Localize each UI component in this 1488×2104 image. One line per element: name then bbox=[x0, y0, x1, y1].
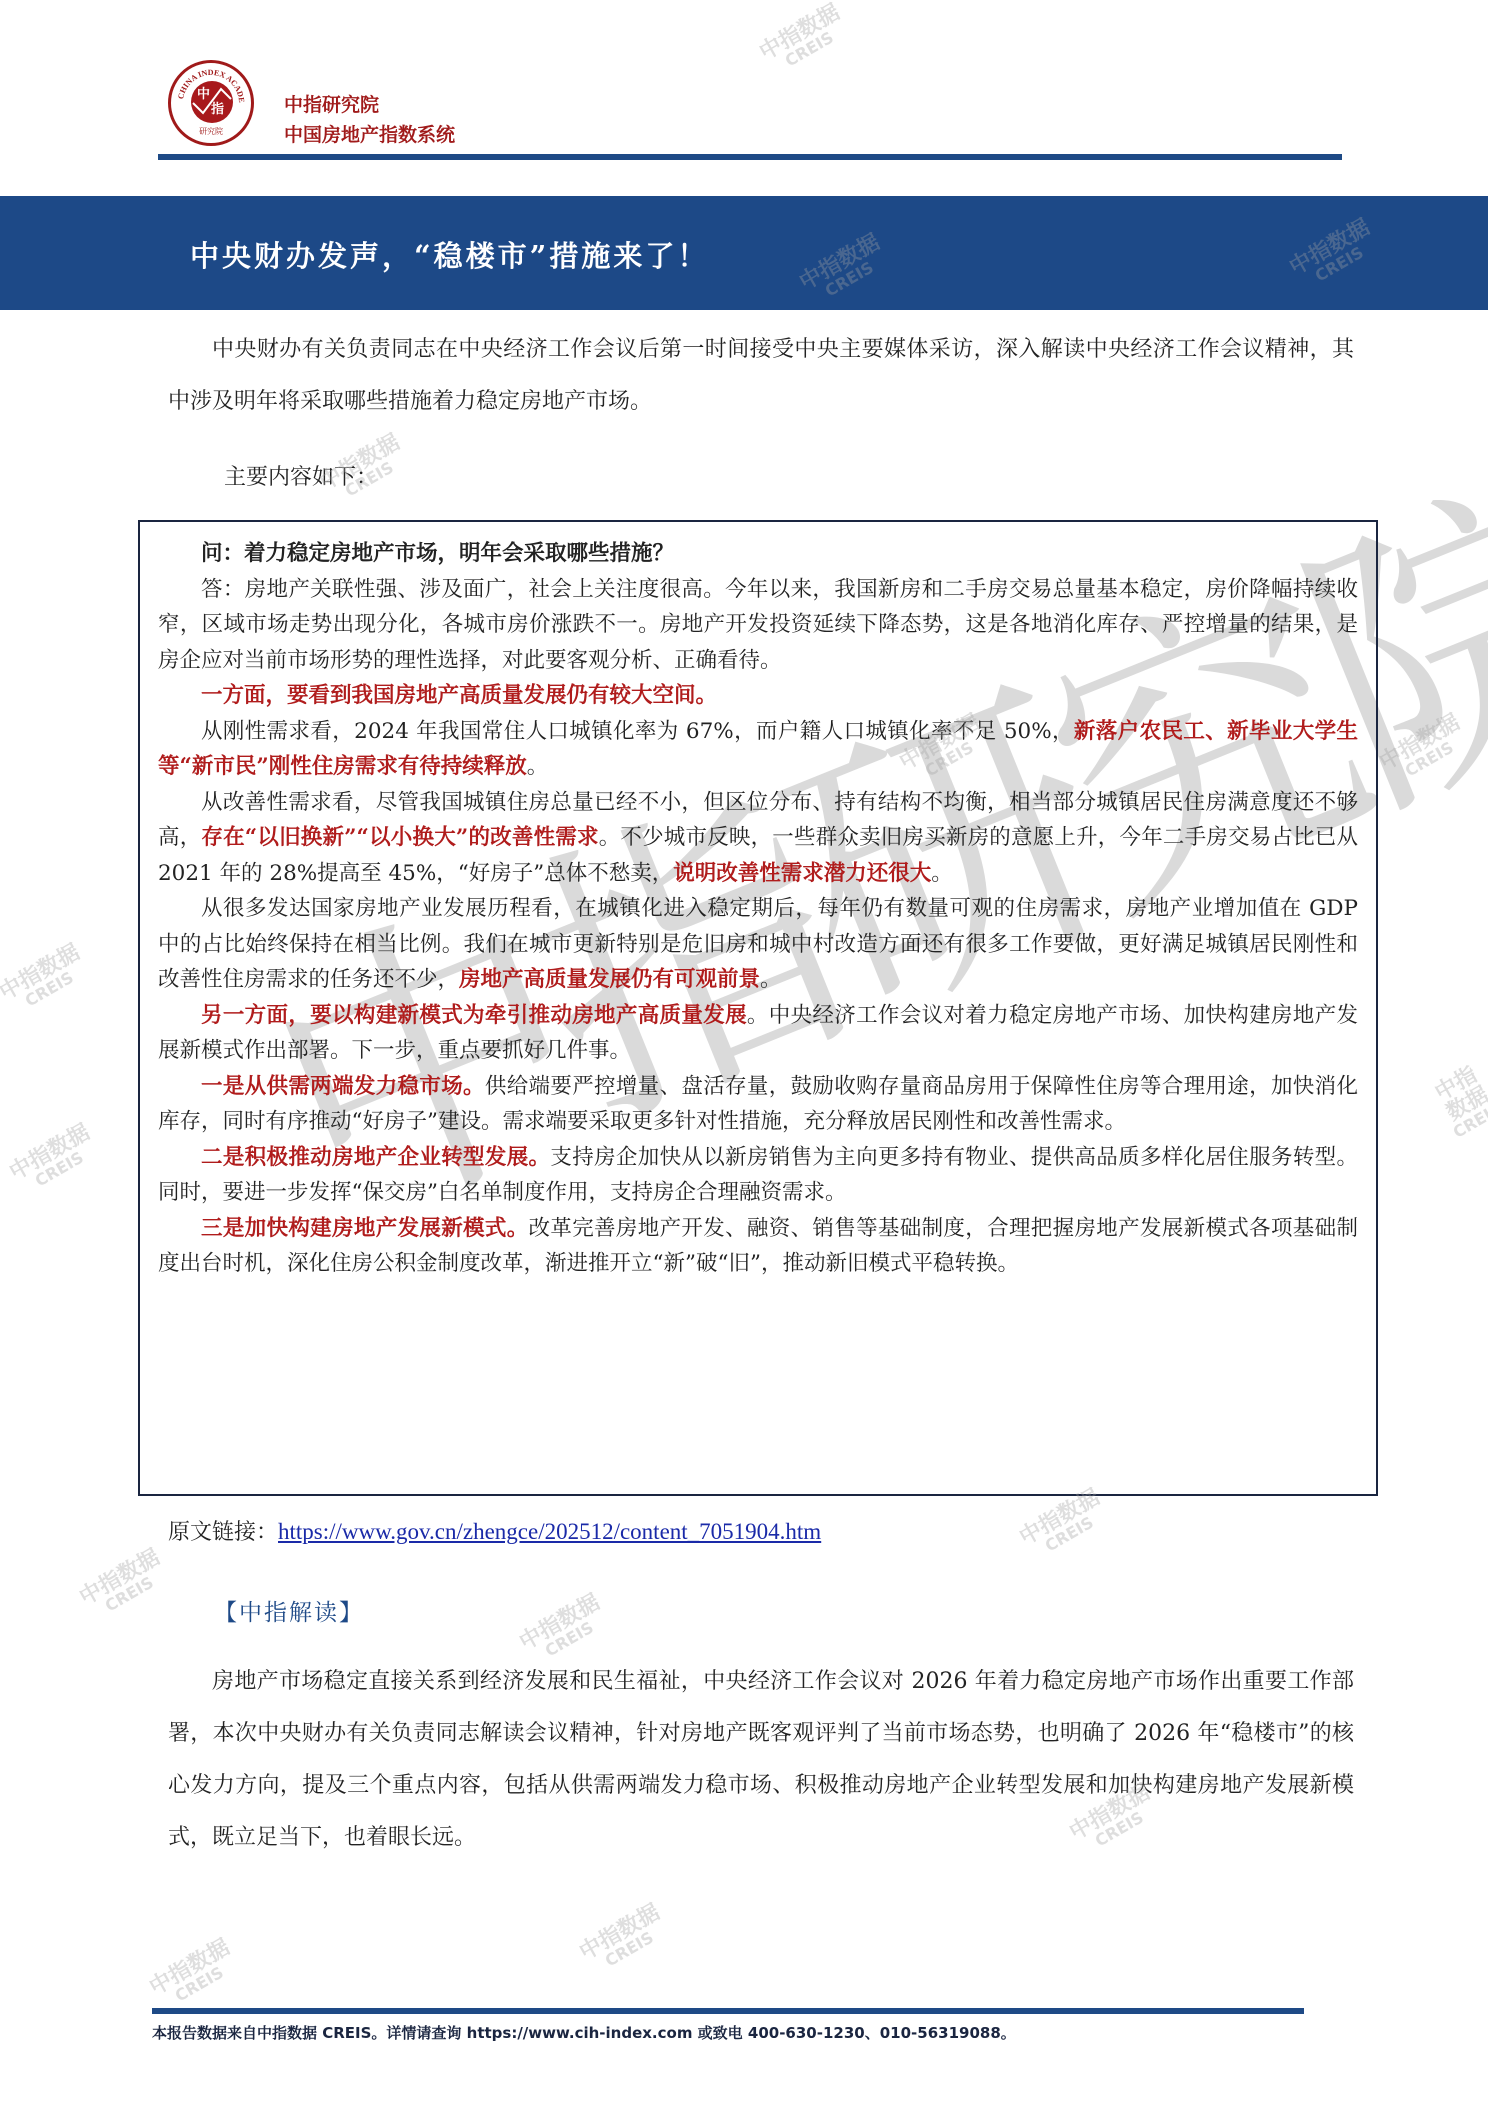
highlight-text: 存在“以旧换新”“以小换大”的改善性需求 bbox=[201, 825, 598, 850]
interview-quote-box: 问：着力稳定房地产市场，明年会采取哪些措施？ 答：房地产关联性强、涉及面广，社会… bbox=[138, 520, 1378, 1496]
watermark-cn: 中指数据 bbox=[146, 1936, 234, 2000]
watermark: 中指数据CREIS bbox=[6, 1121, 102, 1200]
watermark-cn: 中指数据 bbox=[1428, 1061, 1488, 1127]
developed-countries-paragraph: 从很多发达国家房地产业发展历程看，在城镇化进入稳定期后，每年仍有数量可观的住房需… bbox=[158, 891, 1358, 998]
watermark-cn: 中指数据 bbox=[576, 1901, 664, 1965]
watermark: 中指数据CREIS bbox=[146, 1936, 242, 2015]
source-url-link[interactable]: https://www.gov.cn/zhengce/202512/conten… bbox=[278, 1519, 821, 1544]
watermark-en: CREIS bbox=[587, 1921, 672, 1980]
watermark: 中指数据CREIS bbox=[576, 1901, 672, 1980]
interpretation-paragraph: 房地产市场稳定直接关系到经济发展和民生福祉，中央经济工作会议对 2026 年着力… bbox=[168, 1656, 1354, 1864]
source-link-line: 原文链接：https://www.gov.cn/zhengce/202512/c… bbox=[168, 1512, 821, 1553]
watermark-en: CREIS bbox=[7, 961, 92, 1020]
footer-divider bbox=[152, 2008, 1304, 2014]
improvement-demand-paragraph: 从改善性需求看，尽管我国城镇住房总量已经不小，但区位分布、持有结构不均衡，相当部… bbox=[158, 785, 1358, 892]
watermark-cn: 中指数据 bbox=[516, 1591, 604, 1655]
watermark: 中指数据CREIS bbox=[76, 1546, 172, 1625]
title-banner: 中央财办发声，“稳楼市”措施来了！ bbox=[0, 196, 1488, 310]
china-index-academy-logo: CHINA INDEX ACADEMY 中 指 研究院 bbox=[168, 60, 254, 146]
highlight-text: 二是积极推动房地产企业转型发展。 bbox=[201, 1145, 550, 1170]
watermark-en: CREIS bbox=[87, 1566, 172, 1625]
watermark-cn: 中指数据 bbox=[76, 1546, 164, 1610]
point2-paragraph: 另一方面，要以构建新模式为牵引推动房地产高质量发展。中央经济工作会议对着力稳定房… bbox=[158, 998, 1358, 1069]
item3-paragraph: 三是加快构建房地产发展新模式。改革完善房地产开发、融资、销售等基础制度，合理把握… bbox=[158, 1211, 1358, 1282]
watermark-cn: 中指数据 bbox=[1376, 711, 1464, 775]
watermark-en: CREIS bbox=[1451, 1101, 1488, 1142]
interpretation-heading: 【中指解读】 bbox=[214, 1594, 364, 1627]
main-content-label: 主要内容如下： bbox=[224, 452, 378, 504]
footer-note: 本报告数据来自中指数据 CREIS。详情请查询 https://www.cih-… bbox=[152, 2022, 1016, 2043]
answer-paragraph: 答：房地产关联性强、涉及面广，社会上关注度很高。今年以来，我国新房和二手房交易总… bbox=[158, 572, 1358, 679]
watermark-en: CREIS bbox=[157, 1956, 242, 2015]
page-header: CHINA INDEX ACADEMY 中 指 研究院 中指研究院 中国房地产指… bbox=[0, 0, 1488, 170]
highlight-text: 房地产高质量发展仍有可观前景 bbox=[459, 967, 760, 992]
highlight-text: 另一方面，要以构建新模式为牵引推动房地产高质量发展 bbox=[201, 1003, 747, 1028]
highlight-text: 三是加快构建房地产发展新模式。 bbox=[201, 1216, 529, 1241]
item1-paragraph: 一是从供需两端发力稳市场。供给端要严控增量、盘活存量，鼓励收购存量商品房用于保障… bbox=[158, 1069, 1358, 1140]
logo-bottom-text: 研究院 bbox=[171, 126, 251, 137]
highlight-text: 说明改善性需求潜力还很大 bbox=[673, 861, 931, 886]
question: 问：着力稳定房地产市场，明年会采取哪些措施？ bbox=[158, 536, 1358, 572]
watermark-en: CREIS bbox=[1027, 1506, 1112, 1565]
body-text: 。 bbox=[527, 754, 549, 779]
body-text: 从刚性需求看，2024 年我国常住人口城镇化率为 67%，而户籍人口城镇化率不足… bbox=[201, 719, 1074, 744]
point1-heading: 一方面，要看到我国房地产高质量发展仍有较大空间。 bbox=[158, 678, 1358, 714]
org-name-system: 中国房地产指数系统 bbox=[284, 120, 455, 150]
watermark-cn: 中指数据 bbox=[0, 941, 84, 1005]
page-title: 中央财办发声，“稳楼市”措施来了！ bbox=[190, 234, 709, 275]
watermark: 中指数据CREIS bbox=[1428, 1061, 1488, 1142]
checkmark-roof-icon bbox=[191, 81, 233, 123]
watermark-en: CREIS bbox=[17, 1141, 102, 1200]
rigid-demand-paragraph: 从刚性需求看，2024 年我国常住人口城镇化率为 67%，而户籍人口城镇化率不足… bbox=[158, 714, 1358, 785]
intro-paragraph: 中央财办有关负责同志在中央经济工作会议后第一时间接受中央主要媒体采访，深入解读中… bbox=[168, 324, 1354, 428]
watermark: 中指数据CREIS bbox=[0, 941, 92, 1020]
body-text: 。 bbox=[760, 967, 782, 992]
highlight-text: 一是从供需两端发力稳市场。 bbox=[201, 1074, 485, 1099]
item2-paragraph: 二是积极推动房地产企业转型发展。支持房企加快从以新房销售为主向更多持有物业、提供… bbox=[158, 1140, 1358, 1211]
org-name-academy: 中指研究院 bbox=[284, 90, 455, 120]
logo-core: 中 指 bbox=[191, 81, 233, 123]
source-label: 原文链接： bbox=[168, 1520, 278, 1545]
header-divider bbox=[158, 154, 1342, 160]
watermark: 中指数据CREIS bbox=[1376, 711, 1472, 790]
watermark-en: CREIS bbox=[1387, 731, 1472, 790]
watermark-cn: 中指数据 bbox=[6, 1121, 94, 1185]
body-text: 。 bbox=[931, 861, 953, 886]
highlight-text: 一方面，要看到我国房地产高质量发展仍有较大空间。 bbox=[201, 683, 717, 708]
org-names: 中指研究院 中国房地产指数系统 bbox=[284, 90, 455, 150]
watermark: 中指数据CREIS bbox=[1016, 1486, 1112, 1565]
